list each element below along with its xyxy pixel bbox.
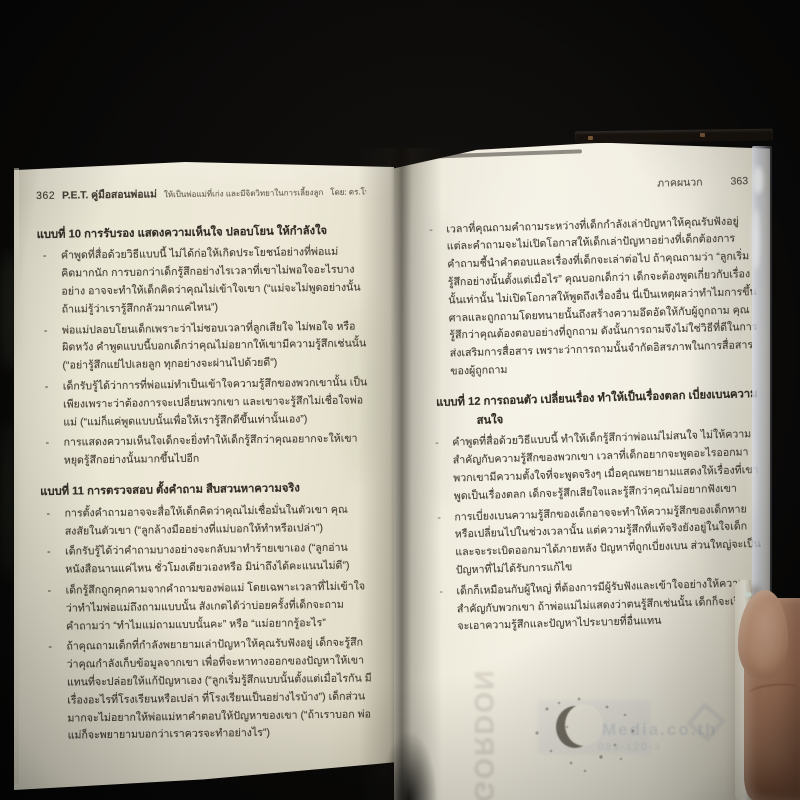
book-byline: โดย: ดร.โทมัส กอร์ดอน [330,185,366,200]
phone-watermark: 089-120-3 [598,742,662,753]
bullet: เด็กก็เหมือนกับผู้ใหญ่ ที่ต้องการมีผู้รั… [441,575,766,637]
right-page-text: ภาคผนวก 363 เวลาที่คุณถามคำถามระหว่างที่… [430,173,767,640]
bullet: เด็กรับรู้ได้ว่าการที่พ่อแม่ทำเป็นเข้าใจ… [39,374,370,432]
bullet: การเบี่ยงเบนความรู้สึกของเด็กอาจจะทำให้ค… [439,500,765,580]
section-10-heading: แบบที่ 10 การรับรอง แสดงความเห็นใจ ปลอบโ… [37,221,367,244]
cover-glint [752,208,760,270]
bullet: เวลาที่คุณถามคำถามระหว่างที่เด็กกำลังเล่… [431,213,759,382]
page-block-top-edge [575,129,773,144]
section-12-heading: แบบที่ 12 การถอนตัว เปลี่ยนเรื่อง ทำให้เ… [436,385,761,432]
show-through-smudge [2,420,14,580]
section-11: แบบที่ 11 การตรวจสอบ ตั้งคำถาม สืบสวนหาค… [40,478,374,746]
book-subtitle: ให้เป็นพ่อแม่ที่เก่ง และมีจิตวิทยาในการเ… [164,186,324,202]
left-page-number: 362 [36,188,55,206]
cover-glint [753,166,763,194]
bullet: เด็กรู้สึกถูกคุกคามจากคำถามของพ่อแม่ โดย… [42,578,373,636]
bullet: การตั้งคำถามอาจจะสื่อให้เด็กคิดว่าคุณไม่… [40,501,370,541]
page-edge-stain [700,133,705,137]
right-header-title: ภาคผนวก [657,174,703,193]
left-running-header: 362 P.E.T. คู่มือสอนพ่อแม่ ให้เป็นพ่อแม่… [36,183,366,205]
bullet: คำพูดที่สื่อด้วยวิธีแบบนี้ ทำให้เด็กรู้ส… [437,426,763,506]
section-10: แบบที่ 10 การรับรอง แสดงความเห็นใจ ปลอบโ… [37,221,370,471]
section-12: แบบที่ 12 การถอนตัว เปลี่ยนเรื่อง ทำให้เ… [436,385,767,637]
cover-glint [750,430,756,520]
left-page-text: 362 P.E.T. คู่มือสอนพ่อแม่ ให้เป็นพ่อแม่… [36,183,374,749]
bullet: ถ้าคุณถามเด็กที่กำลังพยายามเล่าปัญหาให้ค… [42,635,373,746]
thumb-nail-glint [744,592,752,597]
bullet: เด็กรับรู้ได้ว่าคำถามบางอย่างจะกลับมาทำร… [41,540,371,580]
bullet: คำพูดที่สื่อด้วยวิธีแบบนี้ ไม่ได้ก่อให้เ… [37,244,368,320]
bullet: การแสดงความเห็นใจเด็กจะยิ่งทำให้เด็กรู้ส… [39,431,369,471]
right-page-number: 363 [730,173,748,191]
book-photo: 362 P.E.T. คู่มือสอนพ่อแม่ ให้เป็นพ่อแม่… [0,0,800,800]
page-edge-stain [588,136,593,140]
show-through-smudge [2,250,16,370]
publisher-show-through: GORDON [468,672,499,800]
stamp-speckles [540,700,542,702]
bullet: พ่อแม่ปลอบโยนเด็กเพราะว่าไม่ชอบเวลาที่ลู… [38,318,369,376]
gutter-bottom-shadow [380,730,438,800]
book-title: P.E.T. คู่มือสอนพ่อแม่ [62,186,157,205]
left-page-edge [14,168,19,784]
section-11-heading: แบบที่ 11 การตรวจสอบ ตั้งคำถาม สืบสวนหาค… [40,478,370,501]
crescent-moon-stamp-icon [556,706,594,748]
